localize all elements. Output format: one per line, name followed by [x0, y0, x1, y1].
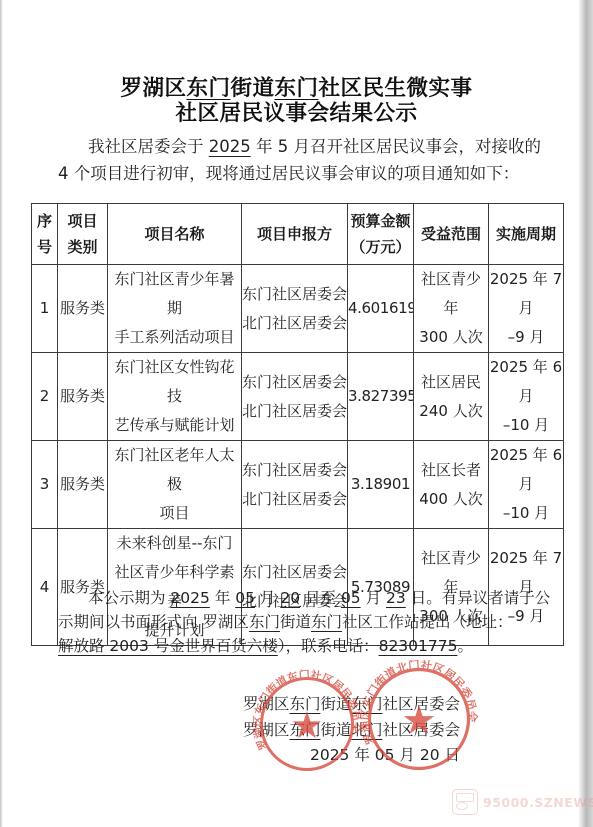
closing-line2: 示期间以书面形式向 罗湖区东门街道东门社区工作站提出（地址： [58, 610, 560, 634]
closing-line3: 解放路 2003 号金世界百货六楼），联系电话：82301775。 [58, 634, 560, 658]
intro-paragraph: 我社区居委会于 2025 年 5 月召开社区居民议事会，对接收的 4 个项目进行… [58, 133, 560, 187]
table-cell-applicant: 东门社区居委会北门社区居委会 [242, 441, 348, 529]
table-row: 3服务类东门社区老年人太极项目东门社区居委会北门社区居委会3.18901社区长者… [32, 441, 564, 529]
table-cell-budget: 3.18901 [348, 441, 414, 529]
table-cell-name: 东门社区青少年暑期手工系列活动项目 [108, 265, 242, 353]
closing-line1: 本公示期为 2025 年 05 月 20 日至 05 月 23 日。有异议者请于… [58, 586, 560, 610]
table-cell-no: 2 [32, 353, 58, 441]
table-cell-category: 服务类 [58, 265, 108, 353]
table-cell-applicant: 东门社区居委会北门社区居委会 [242, 353, 348, 441]
table-cell-no: 4 [32, 529, 58, 646]
table-cell-period: 2025 年 6 月–10 月 [489, 353, 564, 441]
table-cell-benefit: 社区青少年300 人次 [414, 265, 489, 353]
table-header-cell: 项目类别 [58, 204, 108, 265]
projects-table: 序号项目类别项目名称项目申报方预算金额（万元）受益范围实施周期 1服务类东门社区… [31, 203, 564, 646]
intro-line2: 4 个项目进行初审，现将通过居民议事会审议的项目通知如下： [58, 160, 560, 187]
table-header-cell: 项目申报方 [242, 204, 348, 265]
scanned-notice-page: { "colors": { "stamp_red": "#d5483b", "t… [0, 0, 593, 827]
table-cell-category: 服务类 [58, 441, 108, 529]
signature-date: 2025 年 05 月 20 日 [243, 743, 460, 769]
table-header-cell: 受益范围 [414, 204, 489, 265]
watermark-logo-icon [452, 789, 478, 815]
table-cell-no: 1 [32, 265, 58, 353]
signature-line2: 罗湖区东门街道北门社区居委会 [243, 718, 460, 744]
table-cell-budget: 3.827395 [348, 353, 414, 441]
table-cell-period: 2025 年 7 月–9 月 [489, 265, 564, 353]
table-header-cell: 实施周期 [489, 204, 564, 265]
intro-line1: 我社区居委会于 2025 年 5 月召开社区居民议事会，对接收的 [58, 133, 560, 160]
signature-line1: 罗湖区东门街道东门社区居委会 [243, 692, 460, 718]
closing-paragraph: 本公示期为 2025 年 05 月 20 日至 05 月 23 日。有异议者请于… [58, 586, 560, 658]
signature-block: 罗湖区东门街道东门社区居委会 罗湖区东门街道北门社区居委会 2025 年 05 … [243, 692, 460, 769]
table-cell-period: 2025 年 6 月–10 月 [489, 441, 564, 529]
notice-title: 罗湖区东门街道东门社区民生微实事 社区居民议事会结果公示 [0, 76, 593, 126]
table-cell-category: 服务类 [58, 353, 108, 441]
table-cell-applicant: 东门社区居委会北门社区居委会 [242, 265, 348, 353]
table-header-cell: 预算金额（万元） [348, 204, 414, 265]
watermark-text: 95000.SZNEWS.COM [483, 795, 593, 810]
table-header-row: 序号项目类别项目名称项目申报方预算金额（万元）受益范围实施周期 [32, 204, 564, 265]
notice-title-line2: 社区居民议事会结果公示 [0, 101, 593, 126]
notice-title-line1: 罗湖区东门街道东门社区民生微实事 [0, 76, 593, 101]
table-cell-budget: 4.601619 [348, 265, 414, 353]
table-cell-name: 东门社区老年人太极项目 [108, 441, 242, 529]
table-cell-no: 3 [32, 441, 58, 529]
table-cell-benefit: 社区长者400 人次 [414, 441, 489, 529]
table-header-cell: 项目名称 [108, 204, 242, 265]
table-row: 2服务类东门社区女性钩花技艺传承与赋能计划东门社区居委会北门社区居委会3.827… [32, 353, 564, 441]
table-header-cell: 序号 [32, 204, 58, 265]
table-cell-benefit: 社区居民240 人次 [414, 353, 489, 441]
table-row: 1服务类东门社区青少年暑期手工系列活动项目东门社区居委会北门社区居委会4.601… [32, 265, 564, 353]
table-cell-name: 东门社区女性钩花技艺传承与赋能计划 [108, 353, 242, 441]
site-watermark: 95000.SZNEWS.COM [452, 789, 593, 815]
